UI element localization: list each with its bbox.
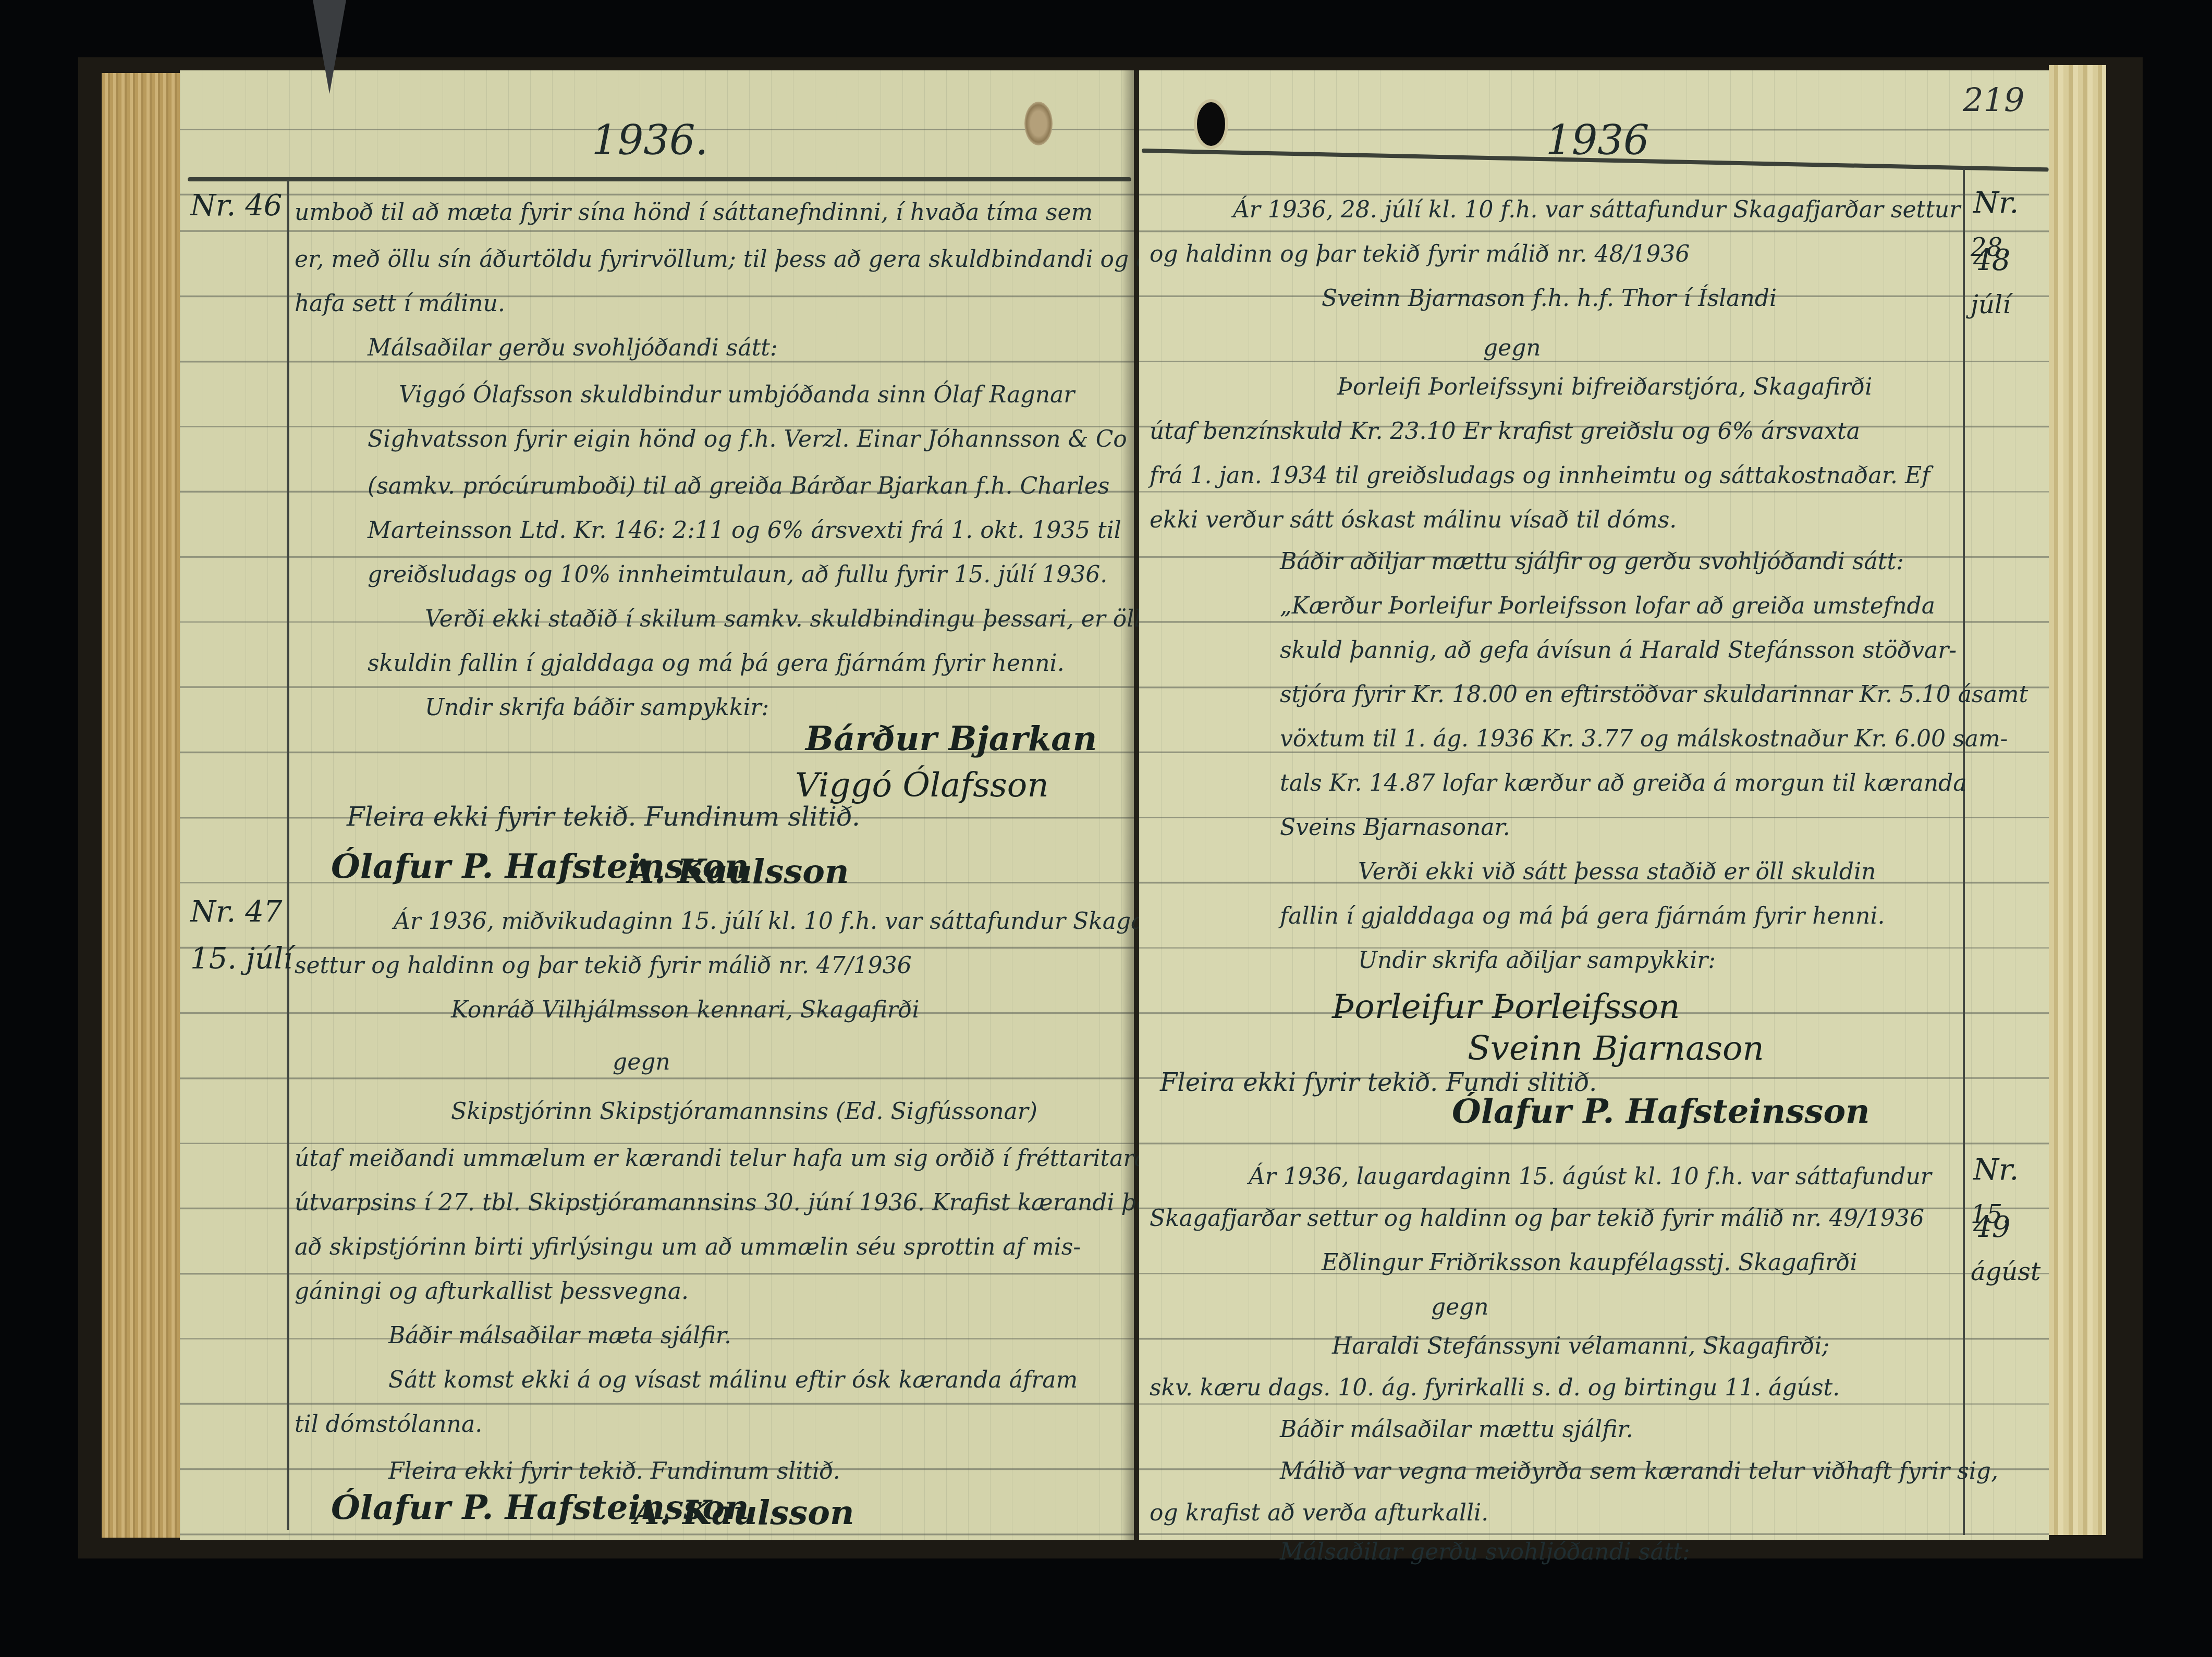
entry-number: Nr. 46 bbox=[190, 177, 282, 235]
entry-line: Málsaðilar gerðu svohljóðandi sátt: bbox=[1280, 1519, 1690, 1585]
entry-date: 28. júlí bbox=[1971, 219, 2049, 334]
entry-line: Konráð Vilhjálmsson kennari, Skagafirði bbox=[451, 977, 919, 1042]
party-signature: Bárður Bjarkan bbox=[805, 719, 1097, 758]
entry-line: Undir skrifa báðir sampykkir: bbox=[425, 675, 769, 740]
closing-line: Fleira ekki fyrir tekið. Fundinum slitið… bbox=[347, 784, 860, 850]
margin-column-rule bbox=[287, 180, 289, 1530]
margin-column-rule bbox=[1963, 169, 1965, 1535]
entry-line: Undir skrifa aðiljar sampykkir: bbox=[1358, 928, 1716, 993]
year-header: 1936. bbox=[592, 117, 708, 164]
right-page: 219 1936 Nr. 48 28. júlí Ár 1936, 28. jú… bbox=[1139, 70, 2049, 1540]
entry-line: Sveinn Bjarnason f.h. h.f. Thor í Ísland… bbox=[1322, 266, 1777, 331]
entry-date: 15. júlí bbox=[190, 930, 292, 988]
punch-hole bbox=[1194, 99, 1228, 149]
page-holder-blade bbox=[313, 0, 346, 94]
page-number: 219 bbox=[1963, 81, 2024, 119]
official-signature: A. Kaulsson bbox=[633, 1493, 854, 1532]
entry-date: 15. ágúst bbox=[1971, 1186, 2049, 1300]
page-edges-left bbox=[102, 73, 180, 1538]
entry-line: Sátt komst ekki á og vísast málinu eftir… bbox=[388, 1347, 1078, 1413]
entry-line: Eðlingur Friðriksson kaupfélagsstj. Skag… bbox=[1322, 1230, 1857, 1295]
official-signature: A. Kaulsson bbox=[628, 852, 849, 891]
page-edges-right bbox=[2049, 65, 2106, 1535]
party-signature: Þorleifur Þorleifsson bbox=[1332, 988, 1680, 1026]
left-page: 1936. Nr. 46 umboð til að mæta fyrir sín… bbox=[180, 70, 1134, 1540]
official-signature: Ólafur P. Hafsteinsson bbox=[1452, 1092, 1870, 1131]
punch-hole bbox=[1024, 102, 1053, 145]
